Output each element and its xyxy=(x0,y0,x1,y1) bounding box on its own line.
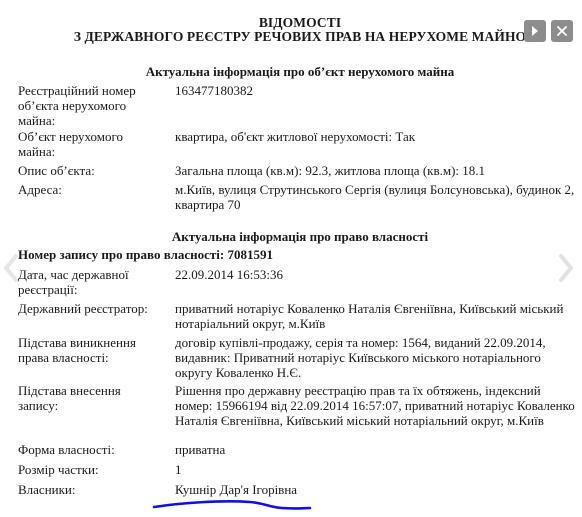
field-value: 22.09.2014 16:53:36 xyxy=(175,267,575,282)
play-icon xyxy=(531,26,539,36)
document-title-line2: З ДЕРЖАВНОГО РЕЄСТРУ РЕЧОВИХ ПРАВ НА НЕР… xyxy=(0,30,582,44)
field-value: 163477180382 xyxy=(175,83,575,98)
field-value: квартира, об'єкт житлової нерухомості: Т… xyxy=(175,129,575,144)
field-label: Форма власності: xyxy=(18,442,158,457)
field-value: приватний нотаріус Коваленко Наталія Євг… xyxy=(175,301,575,331)
field-value: 1 xyxy=(175,462,575,477)
play-button[interactable] xyxy=(524,20,546,42)
field-value: договір купівлі-продажу, серія та номер:… xyxy=(175,335,575,380)
field-label: Дата, час державної реєстрації: xyxy=(18,267,158,297)
document-title: ВІДОМОСТІ З ДЕРЖАВНОГО РЕЄСТРУ РЕЧОВИХ П… xyxy=(0,16,582,44)
field-value: Загальна площа (кв.м): 92.3, житлова пло… xyxy=(175,163,575,178)
field-label: Державний реєстратор: xyxy=(18,301,158,316)
ownership-record-number: Номер запису про право власності: 708159… xyxy=(18,247,273,262)
field-value: Рішення про державну реєстрацію прав та … xyxy=(175,383,575,428)
hand-drawn-underline xyxy=(150,494,320,514)
property-section-heading: Актуальна інформація про об’єкт нерухомо… xyxy=(0,64,582,79)
field-label: Підстава внесення запису: xyxy=(18,383,158,413)
chevron-left-icon[interactable] xyxy=(2,250,22,286)
close-button[interactable] xyxy=(551,20,573,42)
field-label: Опис об’єкта: xyxy=(18,163,158,178)
document-title-line1: ВІДОМОСТІ xyxy=(0,16,582,30)
chevron-right-icon[interactable] xyxy=(556,250,576,286)
field-value: м.Київ, вулиця Струтинського Сергія (вул… xyxy=(175,182,575,212)
ownership-section-heading: Актуальна інформація про право власності xyxy=(0,229,582,244)
close-icon xyxy=(557,26,567,36)
field-label: Власники: xyxy=(18,482,158,497)
field-label: Підстава виникнення права власності: xyxy=(18,335,158,365)
field-label: Об’єкт нерухомого майна: xyxy=(18,129,158,159)
field-label: Розмір частки: xyxy=(18,462,158,477)
field-label: Адреса: xyxy=(18,182,158,197)
field-value: приватна xyxy=(175,442,575,457)
field-label: Реєстраційний номер об’єкта нерухомого м… xyxy=(18,83,158,128)
